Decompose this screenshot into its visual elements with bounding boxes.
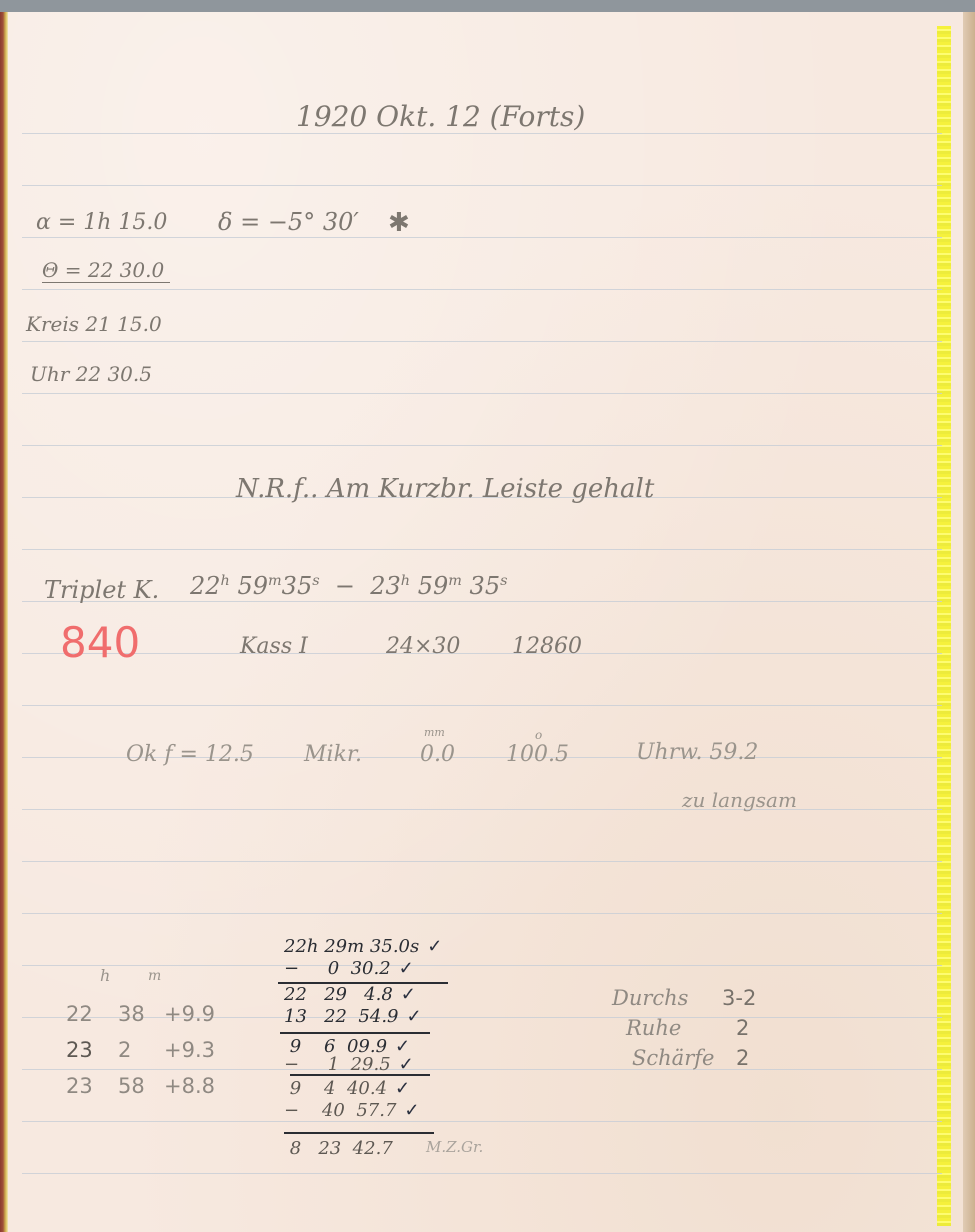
ruled-line — [22, 289, 942, 290]
theta-text: Θ = 22 30.0 — [42, 258, 170, 283]
kassette-label: Kass I — [240, 634, 308, 659]
page-right-edge — [963, 12, 975, 1232]
ruled-line — [22, 445, 942, 446]
calc-sum-line-1 — [278, 982, 448, 984]
uhr-value: Uhr 22 30.5 — [30, 362, 152, 386]
notebook-page — [8, 12, 975, 1232]
ruled-line — [22, 1069, 942, 1070]
ruled-line — [22, 185, 942, 186]
calc-row-value: 8 23 42.7 — [284, 1138, 393, 1159]
ruled-line — [22, 809, 942, 810]
end-hour: 23 — [370, 572, 401, 600]
exposure-label: Triplet K. — [44, 576, 159, 604]
side-table-cell-m: 38 — [118, 1002, 145, 1026]
delta-coordinate: δ = −5° 30′ — [218, 208, 359, 236]
calc-row-value: − 0 30.2 — [284, 958, 391, 979]
notebook-spine-edge — [0, 12, 8, 1232]
calc-row-value: − 1 29.5 — [284, 1054, 391, 1075]
calc-row: 13 22 54.9✓ — [284, 1006, 422, 1027]
check-icon: ✓ — [399, 1054, 414, 1075]
calc-row: 22h 29m 35.0s✓ — [284, 936, 442, 957]
side-table-cell-val: +8.8 — [164, 1074, 215, 1098]
yellow-highlight-strip — [937, 26, 951, 1226]
page-title: 1920 Okt. 12 (Forts) — [296, 100, 585, 133]
calc-row: 9 4 40.4✓ — [284, 1078, 410, 1099]
calc-row: 8 23 42.7 — [284, 1138, 393, 1159]
micrometer-unit-mm: mm — [424, 726, 445, 739]
calc-row-value: 9 4 40.4 — [284, 1078, 387, 1099]
side-table-cell-m: 58 — [118, 1074, 145, 1098]
ruled-line — [22, 1173, 942, 1174]
ocular-focal: Ok f = 12.5 — [126, 742, 254, 767]
quality-label: Schärfe — [632, 1046, 714, 1070]
side-table-header-h: h — [100, 966, 110, 985]
calc-row-value: − 40 57.7 — [284, 1100, 396, 1121]
start-minute: 59 — [237, 572, 268, 600]
note-text: N.R.f.. Am Kurzbr. Leiste gehalt — [236, 474, 654, 504]
side-table-cell-val: +9.3 — [164, 1038, 215, 1062]
clock-reading: Uhrw. 59.2 — [636, 740, 758, 765]
quality-label: Durchs — [612, 986, 688, 1010]
start-hour: 22 — [190, 572, 221, 600]
check-icon: ✓ — [395, 1078, 410, 1099]
check-icon: ✓ — [427, 936, 442, 957]
quality-value: 2 — [736, 1016, 749, 1040]
side-table-cell-m: 2 — [118, 1038, 131, 1062]
ruled-line — [22, 965, 942, 966]
start-second: 35 — [282, 572, 313, 600]
side-table-cell-val: +9.9 — [164, 1002, 215, 1026]
micrometer-unit-degree: o — [535, 728, 542, 742]
calc-row: − 0 30.2✓ — [284, 958, 414, 979]
alpha-coordinate: α = 1h 15.0 — [36, 210, 167, 235]
side-table-cell-h: 22 — [66, 1002, 93, 1026]
check-icon: ✓ — [404, 1100, 419, 1121]
calc-row-value: 22h 29m 35.0s — [284, 936, 419, 957]
ruled-line — [22, 601, 942, 602]
ruled-line — [22, 133, 942, 134]
check-icon: ✓ — [407, 1006, 422, 1027]
quality-label: Ruhe — [626, 1016, 681, 1040]
side-table-cell-h: 23 — [66, 1074, 93, 1098]
theta-value: Θ = 22 30.0 — [42, 258, 170, 282]
calc-sum-line-3 — [290, 1074, 430, 1076]
quality-value: 2 — [736, 1046, 749, 1070]
ruled-line — [22, 861, 942, 862]
check-icon: ✓ — [401, 984, 416, 1005]
micrometer-label: Mikr. — [304, 742, 362, 767]
end-second: 35 — [470, 572, 501, 600]
kreis-value: Kreis 21 15.0 — [26, 312, 162, 336]
end-minute: 59 — [418, 572, 449, 600]
calc-sum-line-2 — [280, 1032, 430, 1034]
ruled-line — [22, 393, 942, 394]
red-plate-number: 840 — [60, 618, 140, 667]
ruled-line — [22, 237, 942, 238]
micrometer-value-2: 100.5 — [506, 742, 569, 767]
ruled-line — [22, 1017, 942, 1018]
star-icon: ✱ — [388, 208, 410, 238]
quality-value: 3-2 — [722, 986, 756, 1010]
micrometer-value-1: 0.0 — [420, 742, 455, 767]
ruled-line — [22, 341, 942, 342]
ruled-line — [22, 913, 942, 914]
ruled-line — [22, 549, 942, 550]
check-icon: ✓ — [399, 958, 414, 979]
ruled-line — [22, 705, 942, 706]
plate-size: 24×30 — [386, 634, 460, 659]
exposure-time-range: 22h 59m35s − 23h 59m 35s — [190, 572, 507, 600]
plate-id: 12860 — [512, 634, 582, 659]
calc-row: 22 29 4.8✓ — [284, 984, 416, 1005]
side-table-header-m: m — [148, 968, 161, 984]
calc-row-value: 22 29 4.8 — [284, 984, 393, 1005]
calc-sum-line-4 — [284, 1132, 434, 1134]
calc-result-note: M.Z.Gr. — [426, 1138, 483, 1156]
calc-row-value: 13 22 54.9 — [284, 1006, 399, 1027]
calc-row: − 40 57.7✓ — [284, 1100, 420, 1121]
calc-row: − 1 29.5✓ — [284, 1054, 414, 1075]
clock-note: zu langsam — [682, 788, 797, 812]
side-table-cell-h: 23 — [66, 1038, 93, 1062]
ruled-line — [22, 653, 942, 654]
ruled-line — [22, 1121, 942, 1122]
